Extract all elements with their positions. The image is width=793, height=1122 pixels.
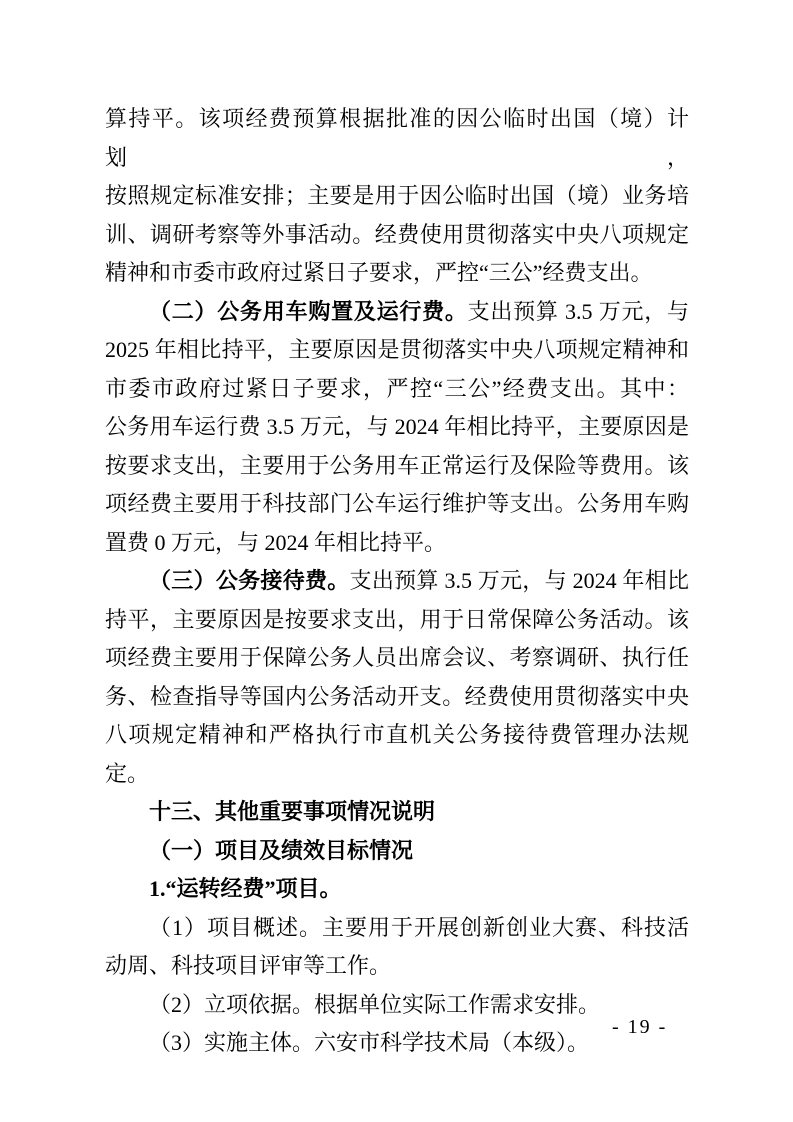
text-run: 算持平。该项经费预算根据批准的因公临时出国（境）计划， [105,106,689,170]
bold-run: 1.“运转经费”项目。 [149,876,342,901]
text-line: 持平，主要原因是按要求支出，用于日常保障公务活动。该 [105,601,689,640]
text-run: （1）项目概述。主要用于开展创新创业大赛、科技活 [149,915,689,940]
text-line-item-3: （3）实施主体。六安市科学技术局（本级）。 [105,1024,689,1063]
document-page: 算持平。该项经费预算根据批准的因公临时出国（境）计划， 按照规定标准安排；主要是… [0,0,793,1122]
text-line-section-2-start: （二）公务用车购置及运行费。支出预算 3.5 万元，与 [105,293,689,332]
text-line: 项经费主要用于科技部门公车运行维护等支出。公务用车购 [105,485,689,524]
text-run: 按要求支出，主要用于公务用车正常运行及保险等费用。该 [105,453,689,478]
text-line: 2025 年相比持平，主要原因是贯彻落实中央八项规定精神和 [105,331,689,370]
text-run: 按照规定标准安排；主要是用于因公临时出国（境）业务培 [105,183,689,208]
text-run: 定。 [105,761,149,786]
text-run: 务、检查指导等国内公务活动开支。经费使用贯彻落实中央 [105,684,689,709]
text-run: 支出预算 3.5 万元，与 [468,299,689,324]
text-line: 按照规定标准安排；主要是用于因公临时出国（境）业务培 [105,177,689,216]
text-run: 项经费主要用于科技部门公车运行维护等支出。公务用车购 [105,491,689,516]
text-run: 置费 0 万元，与 2024 年相比持平。 [105,530,446,555]
text-run: 八项规定精神和严格执行市直机关公务接待费管理办法规 [105,722,689,747]
text-line: 务、检查指导等国内公务活动开支。经费使用贯彻落实中央 [105,678,689,717]
text-line: 公务用车运行费 3.5 万元，与 2024 年相比持平，主要原因是 [105,408,689,447]
text-run: 市委市政府过紧日子要求，严控“三公”经费支出。其中： [105,376,689,401]
project-1-heading: 1.“运转经费”项目。 [105,870,689,909]
text-line: 算持平。该项经费预算根据批准的因公临时出国（境）计划， [105,100,689,177]
text-line: 八项规定精神和严格执行市直机关公务接待费管理办法规 [105,716,689,755]
text-run: 项经费主要用于保障公务人员出席会议、考察调研、执行任 [105,645,689,670]
text-run: （3）实施主体。六安市科学技术局（本级）。 [149,1030,589,1055]
text-run: 持平，主要原因是按要求支出，用于日常保障公务活动。该 [105,607,689,632]
text-run: 2025 年相比持平，主要原因是贯彻落实中央八项规定精神和 [105,337,689,362]
text-run: 训、调研考察等外事活动。经费使用贯彻落实中央八项规定 [105,222,689,247]
text-line: 项经费主要用于保障公务人员出席会议、考察调研、执行任 [105,639,689,678]
text-run: （2）立项依据。根据单位实际工作需求安排。 [149,992,600,1017]
document-body: 算持平。该项经费预算根据批准的因公临时出国（境）计划， 按照规定标准安排；主要是… [105,100,689,1063]
text-line-item-2: （2）立项依据。根据单位实际工作需求安排。 [105,986,689,1025]
text-run: 精神和市委市政府过紧日子要求，严控“三公”经费支出。 [105,260,653,285]
chapter-13-heading: 十三、其他重要事项情况说明 [105,793,689,832]
text-line: 按要求支出，主要用于公务用车正常运行及保险等费用。该 [105,447,689,486]
bold-run: （一）项目及绩效目标情况 [149,838,413,863]
text-line-section-3-start: （三）公务接待费。支出预算 3.5 万元，与 2024 年相比 [105,562,689,601]
text-line: 动周、科技项目评审等工作。 [105,947,689,986]
text-line: 置费 0 万元，与 2024 年相比持平。 [105,524,689,563]
text-line: 定。 [105,755,689,794]
text-run: 支出预算 3.5 万元，与 2024 年相比 [350,568,689,593]
page-number: - 19 - [612,1013,667,1041]
subsection-1-heading: （一）项目及绩效目标情况 [105,832,689,871]
text-line: 训、调研考察等外事活动。经费使用贯彻落实中央八项规定 [105,216,689,255]
text-line-item-1: （1）项目概述。主要用于开展创新创业大赛、科技活 [105,909,689,948]
section-2-heading: （二）公务用车购置及运行费。 [149,299,468,324]
bold-run: 十三、其他重要事项情况说明 [149,799,435,824]
text-line: 市委市政府过紧日子要求，严控“三公”经费支出。其中： [105,370,689,409]
text-run: 公务用车运行费 3.5 万元，与 2024 年相比持平，主要原因是 [105,414,689,439]
text-run: 动周、科技项目评审等工作。 [105,953,391,978]
section-3-heading: （三）公务接待费。 [149,568,350,593]
text-line: 精神和市委市政府过紧日子要求，严控“三公”经费支出。 [105,254,689,293]
